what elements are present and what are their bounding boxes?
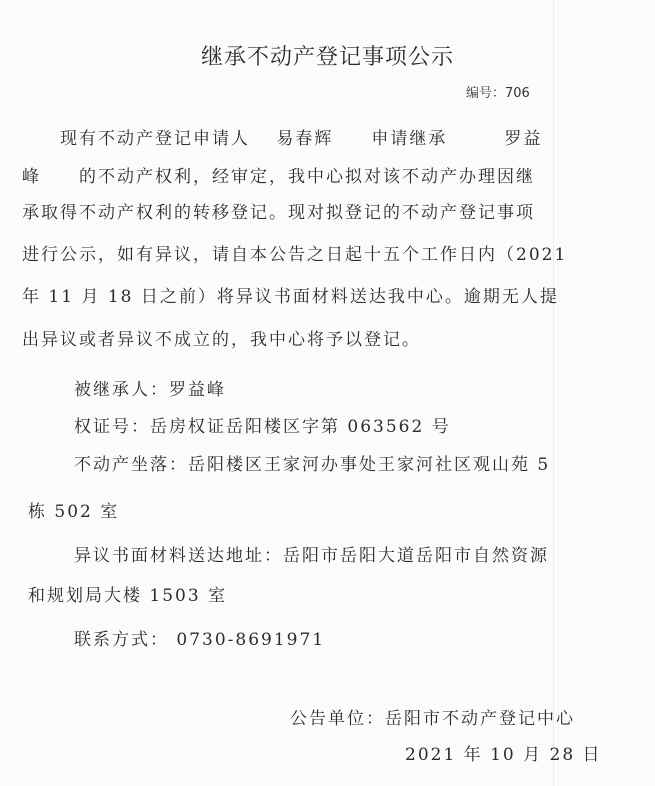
body-line-4: 进行公示，如有异议，请自本公告之日起十五个工作日内（2021 — [22, 240, 567, 265]
address-field-line-2: 和规划局大楼 1503 室 — [28, 581, 227, 606]
scan-fold-line — [553, 0, 554, 786]
body-line-3: 承取得不动产权利的转移登记。现对拟登记的不动产登记事项 — [22, 198, 535, 223]
contact-field: 联系方式： 0730-8691971 — [74, 625, 325, 650]
body-line-1: 现有不动产登记申请人 易春辉 申请继承 罗益 — [60, 124, 542, 149]
address-field-line-1: 异议书面材料送达地址：岳阳市岳阳大道岳阳市自然资源 — [74, 541, 549, 566]
issue-date: 2021 年 10 月 28 日 — [405, 740, 602, 765]
issuing-unit: 公告单位：岳阳市不动产登记中心 — [290, 704, 575, 729]
document-title: 继承不动产登记事项公示 — [0, 40, 655, 71]
location-field-line-2: 栋 502 室 — [28, 497, 119, 522]
body-line-2: 峰 的不动产权利，经审定，我中心拟对该不动产办理因继 — [22, 162, 535, 187]
serial-number: 编号：706 — [466, 82, 530, 101]
location-field-line-1: 不动产坐落：岳阳楼区王家河办事处王家河社区观山苑 5 — [74, 450, 550, 475]
body-line-5: 年 11 月 18 日之前）将异议书面材料送达我中心。逾期无人提 — [22, 282, 559, 307]
document-page: 继承不动产登记事项公示 编号：706 现有不动产登记申请人 易春辉 申请继承 罗… — [0, 0, 655, 786]
decedent-field: 被继承人：罗益峰 — [74, 375, 226, 400]
certificate-field: 权证号：岳房权证岳阳楼区字第 063562 号 — [74, 412, 451, 437]
body-line-6: 出异议或者异议不成立的，我中心将予以登记。 — [22, 325, 421, 350]
